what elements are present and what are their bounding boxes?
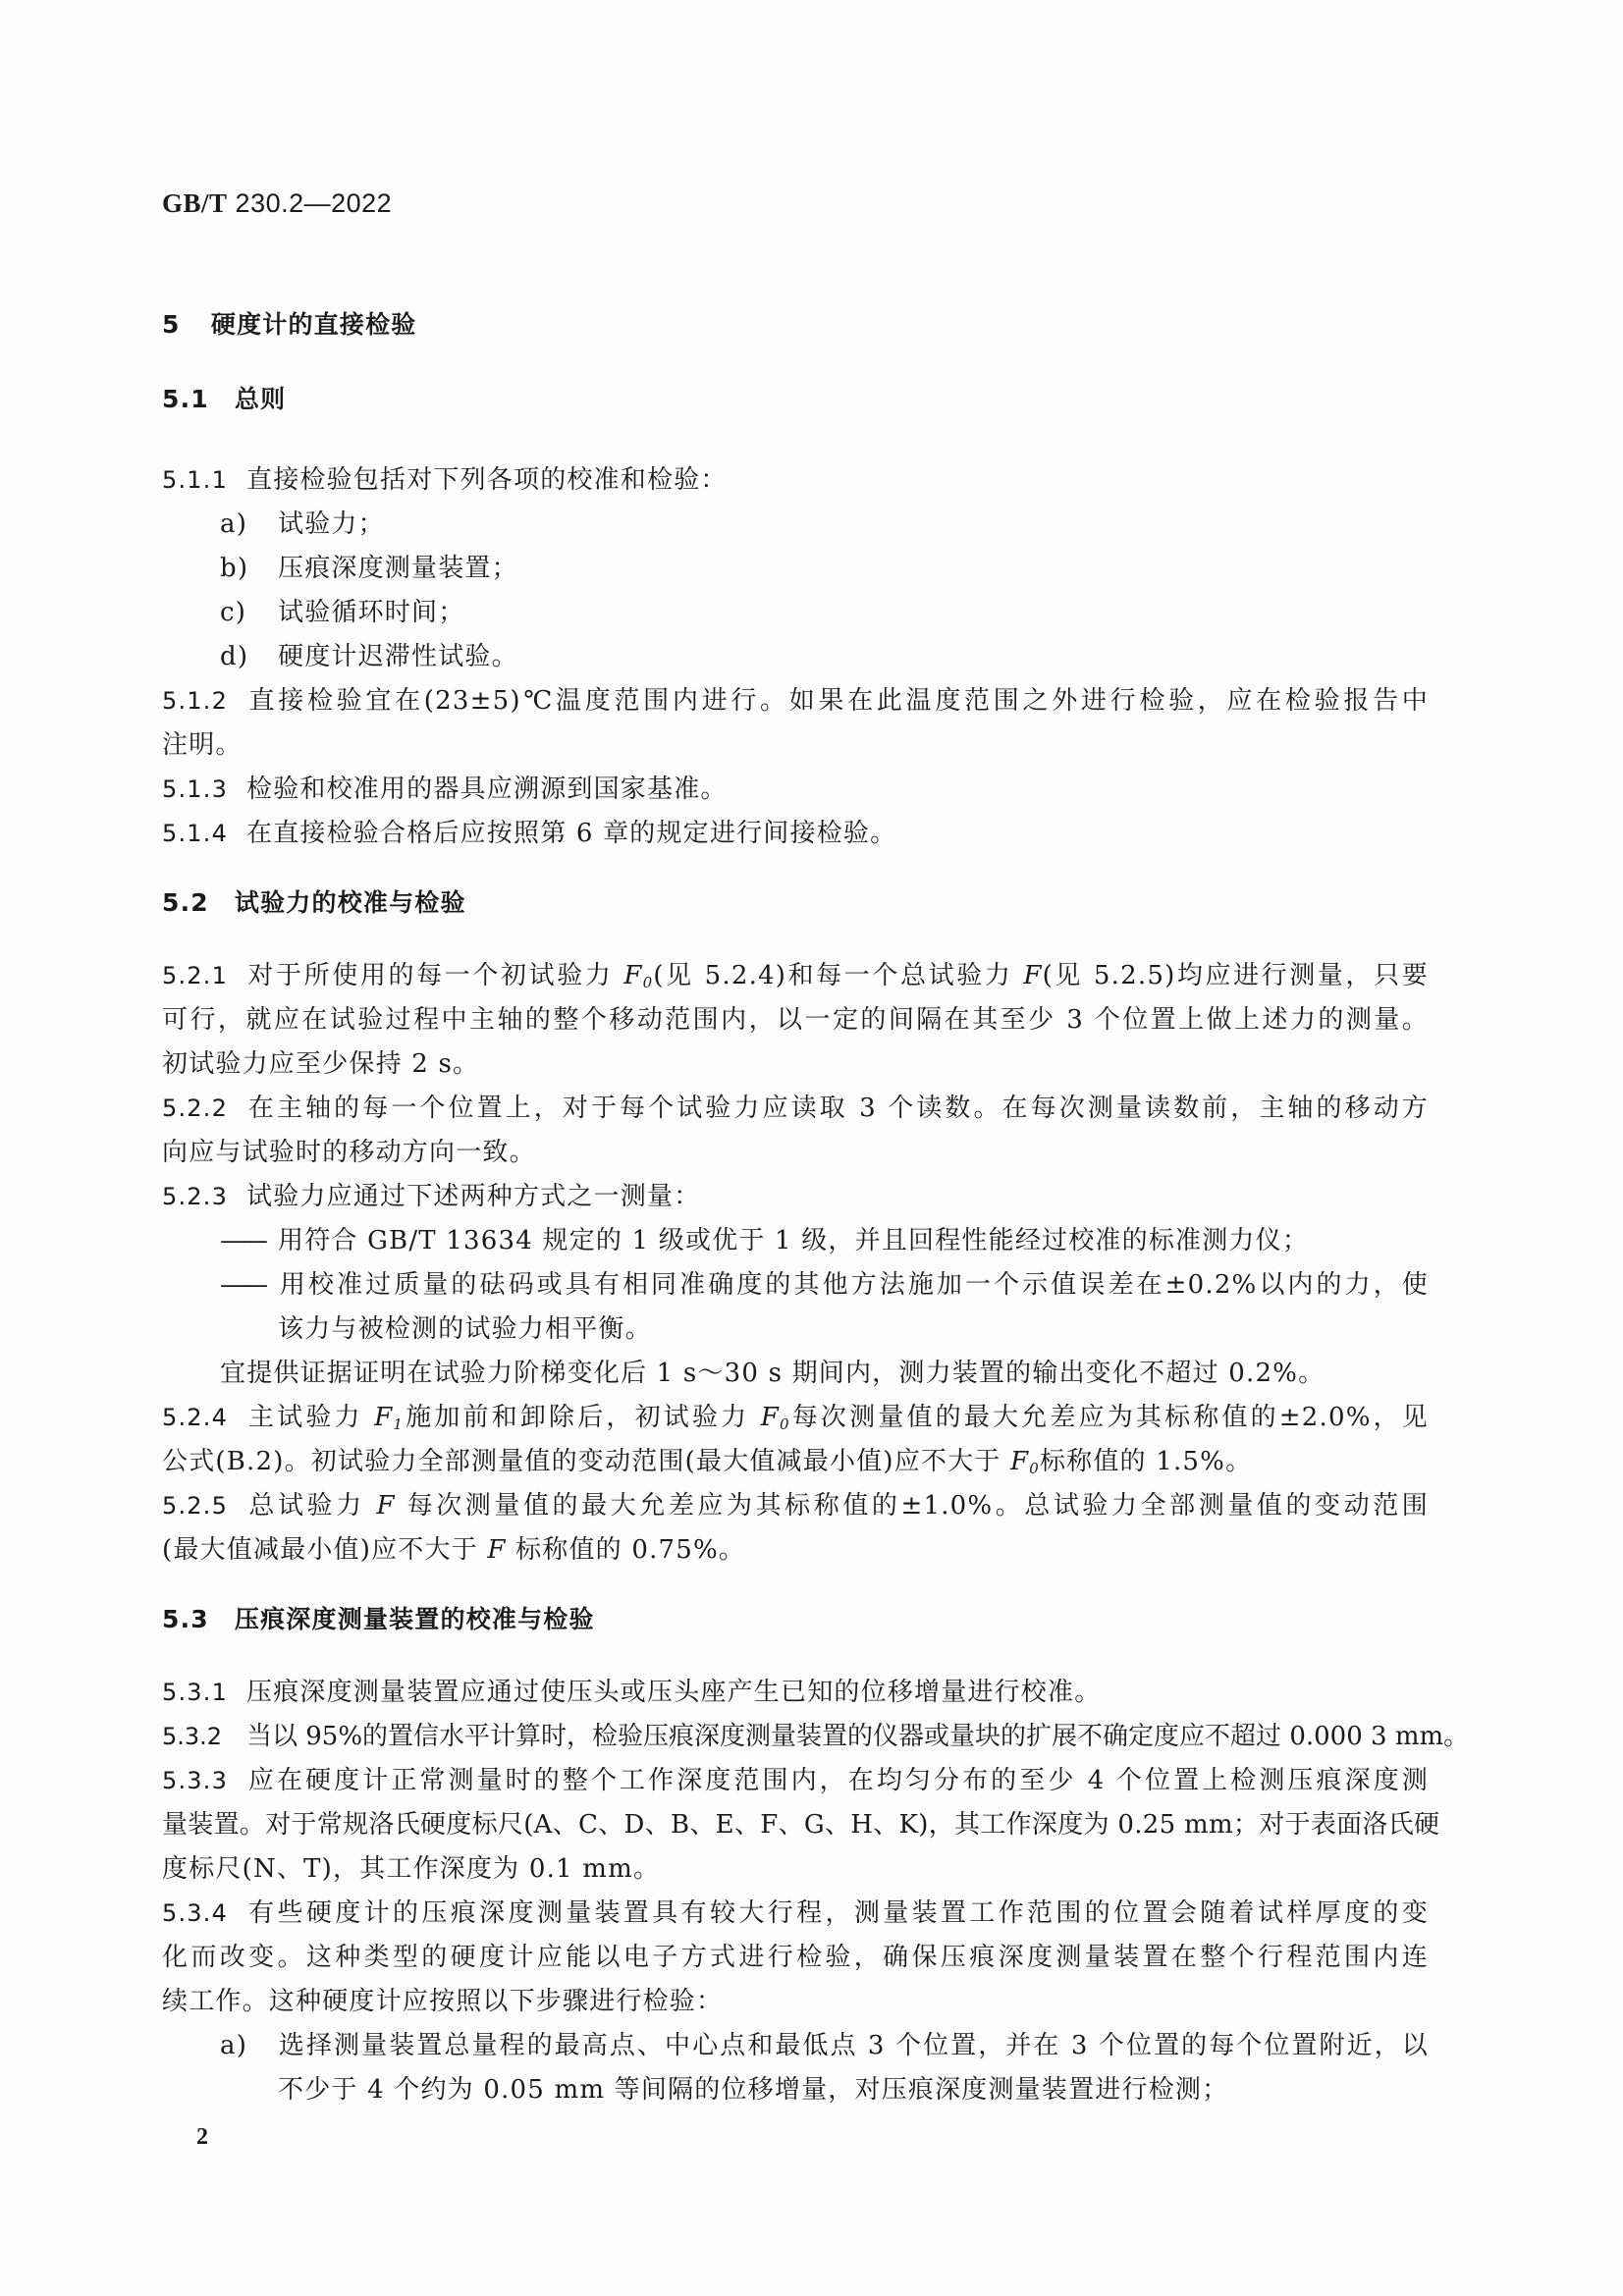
clause-5-2-2: 5.2.2在主轴的每一个位置上，对于每个试验力应读取 3 个读数。在每次测量读数…: [162, 1092, 1429, 1125]
list-item: d)硬度计迟滞性试验。: [220, 640, 518, 673]
section-title: 压痕深度测量装置的校准与检验: [235, 1605, 595, 1633]
clause-number: 5.2.4: [162, 1401, 246, 1434]
standard-number: 230.2—2022: [236, 188, 393, 218]
section-heading-5-3: 5.3 压痕深度测量装置的校准与检验: [162, 1603, 595, 1636]
list-text: 试验循环时间；: [278, 598, 464, 627]
clause-text: 有些硬度计的压痕深度测量装置具有较大行程，测量装置工作范围的位置会随着试样厚度的…: [246, 1898, 1429, 1928]
section-title: 总则: [235, 385, 286, 413]
clause-text: 每次测量值的最大允差应为其标称值的±2.0%，见: [790, 1403, 1429, 1432]
clause-text: 施加前和卸除后，初试验力: [404, 1403, 761, 1432]
clause-number: 5.3.2: [162, 1720, 246, 1753]
clause-5-3-4: 5.3.4有些硬度计的压痕深度测量装置具有较大行程，测量装置工作范围的位置会随着…: [162, 1896, 1429, 1930]
clause-5-3-2: 5.3.2当以 95%的置信水平计算时，检验压痕深度测量装置的仪器或量块的扩展不…: [162, 1720, 1429, 1753]
dash-marker: ——: [220, 1268, 278, 1302]
clause-text: 应在硬度计正常测量时的整个工作深度范围内，在均匀分布的至少 4 个位置上检测压痕…: [246, 1766, 1429, 1795]
list-marker: b): [220, 552, 278, 585]
section-heading-5-1: 5.1 总则: [162, 383, 286, 416]
list-marker: c): [220, 596, 278, 629]
list-item: c)试验循环时间；: [220, 596, 464, 629]
dash-item: ——用符合 GB/T 13634 规定的 1 级或优于 1 级，并且回程性能经过…: [220, 1224, 1309, 1257]
clause-text: 试验力应通过下述两种方式之一测量：: [246, 1182, 700, 1211]
dash-item: ——用校准过质量的砝码或具有相同准确度的其他方法施加一个示值误差在±0.2%以内…: [220, 1268, 1429, 1302]
clause-number: 5.1.3: [162, 773, 246, 806]
clause-5-2-5: 5.2.5总试验力 F 每次测量值的最大允差应为其标称值的±1.0%。总试验力全…: [162, 1489, 1429, 1522]
clause-text: 在主轴的每一个位置上，对于每个试验力应读取 3 个读数。在每次测量读数前，主轴的…: [246, 1094, 1429, 1123]
clause-text: 压痕深度测量装置应通过使压头或压头座产生已知的位移增量进行校准。: [246, 1678, 1101, 1707]
symbol-F0: F0: [1010, 1447, 1040, 1476]
clause-number: 5.2.1: [162, 959, 246, 992]
clause-continuation: 公式(B.2)。初试验力全部测量值的变动范围(最大值减最小值)应不大于 F0标称…: [162, 1445, 1252, 1485]
section-title: 试验力的校准与检验: [235, 888, 466, 917]
chapter-title: 硬度计的直接检验: [211, 310, 417, 339]
clause-5-2-1: 5.2.1对于所使用的每一个初试验力 F0(见 5.2.4)和每一个总试验力 F…: [162, 959, 1429, 999]
document-page: GB/T 230.2—2022 5 硬度计的直接检验 5.1 总则 5.1.1直…: [0, 0, 1623, 2296]
symbol-F: F: [1023, 961, 1042, 990]
page-number: 2: [196, 2120, 209, 2154]
clause-text: 当以 95%的置信水平计算时，检验压痕深度测量装置的仪器或量块的扩展不确定度应不…: [246, 1722, 1469, 1751]
clause-5-2-3: 5.2.3试验力应通过下述两种方式之一测量：: [162, 1180, 700, 1213]
chapter-heading: 5 硬度计的直接检验: [162, 308, 417, 342]
clause-number: 5.3.4: [162, 1896, 246, 1930]
clause-text: 主试验力: [246, 1403, 374, 1432]
clause-number: 5.1.4: [162, 817, 246, 850]
clause-number: 5.3.1: [162, 1676, 246, 1709]
standard-code: GB/T: [162, 188, 228, 218]
chapter-number: 5: [162, 308, 201, 342]
clause-continuation: 向应与试验时的移动方向一致。: [162, 1136, 536, 1169]
clause-5-1-1: 5.1.1直接检验包括对下列各项的校准和检验：: [162, 463, 728, 497]
clause-5-2-4: 5.2.4主试验力 F1施加前和卸除后，初试验力 F0每次测量值的最大允差应为其…: [162, 1401, 1429, 1441]
symbol-F: F: [487, 1535, 506, 1565]
clause-text: 总试验力: [246, 1491, 377, 1521]
dash-text: 用校准过质量的砝码或具有相同准确度的其他方法施加一个示值误差在±0.2%以内的力…: [278, 1270, 1429, 1300]
clause-text: 在直接检验合格后应按照第 6 章的规定进行间接检验。: [246, 819, 896, 848]
clause-continuation: 度标尺(N、T)，其工作深度为 0.1 mm。: [162, 1852, 660, 1886]
list-marker: d): [220, 640, 278, 673]
list-item: a)选择测量装置总量程的最高点、中心点和最低点 3 个位置，并在 3 个位置的每…: [220, 2029, 1429, 2062]
clause-continuation: 可行，就应在试验过程中主轴的整个移动范围内，以一定的间隔在其至少 3 个位置上做…: [162, 1003, 1429, 1037]
clause-text: 直接检验包括对下列各项的校准和检验：: [246, 465, 728, 495]
section-heading-5-2: 5.2 试验力的校准与检验: [162, 886, 466, 920]
clause-number: 5.2.3: [162, 1180, 246, 1213]
clause-continuation: 初试验力应至少保持 2 s。: [162, 1047, 479, 1081]
clause-5-1-4: 5.1.4在直接检验合格后应按照第 6 章的规定进行间接检验。: [162, 817, 896, 850]
symbol-F: F: [377, 1491, 396, 1521]
clause-text: (见 5.2.5)均应进行测量，只要: [1043, 961, 1429, 990]
clause-text: 对于所使用的每一个初试验力: [246, 961, 623, 990]
dash-item-continuation: 该力与被检测的试验力相平衡。: [278, 1312, 652, 1346]
clause-number: 5.2.2: [162, 1092, 246, 1125]
clause-5-1-2: 5.1.2直接检验宜在(23±5)℃温度范围内进行。如果在此温度范围之外进行检验…: [162, 684, 1429, 718]
clause-text: (见 5.2.4)和每一个总试验力: [653, 961, 1023, 990]
standard-header: GB/T 230.2—2022: [162, 187, 392, 220]
note-text: 宜提供证据证明在试验力阶梯变化后 1 s～30 s 期间内，测力装置的输出变化不…: [220, 1357, 1325, 1390]
symbol-F0: F0: [761, 1403, 790, 1432]
section-number: 5.2: [162, 886, 225, 920]
section-number: 5.3: [162, 1603, 225, 1636]
clause-5-3-3: 5.3.3应在硬度计正常测量时的整个工作深度范围内，在均匀分布的至少 4 个位置…: [162, 1764, 1429, 1797]
clause-continuation: 化而改变。这种类型的硬度计应能以电子方式进行检验，确保压痕深度测量装置在整个行程…: [162, 1941, 1429, 1974]
clause-continuation: 续工作。这种硬度计应按照以下步骤进行检验：: [162, 1985, 723, 2018]
clause-text: 直接检验宜在(23±5)℃温度范围内进行。如果在此温度范围之外进行检验，应在检验…: [246, 686, 1429, 716]
list-marker: a): [220, 507, 278, 541]
clause-text: 检验和校准用的器具应溯源到国家基准。: [246, 774, 728, 804]
list-text: 选择测量装置总量程的最高点、中心点和最低点 3 个位置，并在 3 个位置的每个位…: [278, 2031, 1429, 2060]
symbol-F1: F1: [374, 1403, 404, 1432]
list-marker: a): [220, 2029, 278, 2062]
list-item: b)压痕深度测量装置；: [220, 552, 518, 585]
clause-continuation: 注明。: [162, 728, 243, 762]
list-item-continuation: 不少于 4 个约为 0.05 mm 等间隔的位移增量，对压痕深度测量装置进行检测…: [278, 2073, 1228, 2107]
clause-5-3-1: 5.3.1压痕深度测量装置应通过使压头或压头座产生已知的位移增量进行校准。: [162, 1676, 1101, 1709]
dash-text: 用符合 GB/T 13634 规定的 1 级或优于 1 级，并且回程性能经过校准…: [278, 1226, 1309, 1255]
list-text: 硬度计迟滞性试验。: [278, 642, 518, 671]
clause-continuation: 量装置。对于常规洛氏硬度标尺(A、C、D、B、E、F、G、H、K)，其工作深度为…: [162, 1808, 1429, 1842]
clause-number: 5.2.5: [162, 1489, 246, 1522]
section-number: 5.1: [162, 383, 225, 416]
clause-number: 5.3.3: [162, 1764, 246, 1797]
symbol-F0: F0: [623, 961, 653, 990]
list-text: 试验力；: [278, 509, 385, 539]
clause-text: 每次测量值的最大允差应为其标称值的±1.0%。总试验力全部测量值的变动范围: [396, 1491, 1429, 1521]
dash-marker: ——: [220, 1224, 278, 1257]
clause-number: 5.1.1: [162, 463, 246, 497]
list-item: a)试验力；: [220, 507, 385, 541]
clause-continuation: (最大值减最小值)应不大于 F 标称值的 0.75%。: [162, 1533, 745, 1567]
clause-number: 5.1.2: [162, 684, 246, 718]
list-text: 压痕深度测量装置；: [278, 554, 518, 583]
clause-5-1-3: 5.1.3检验和校准用的器具应溯源到国家基准。: [162, 773, 728, 806]
